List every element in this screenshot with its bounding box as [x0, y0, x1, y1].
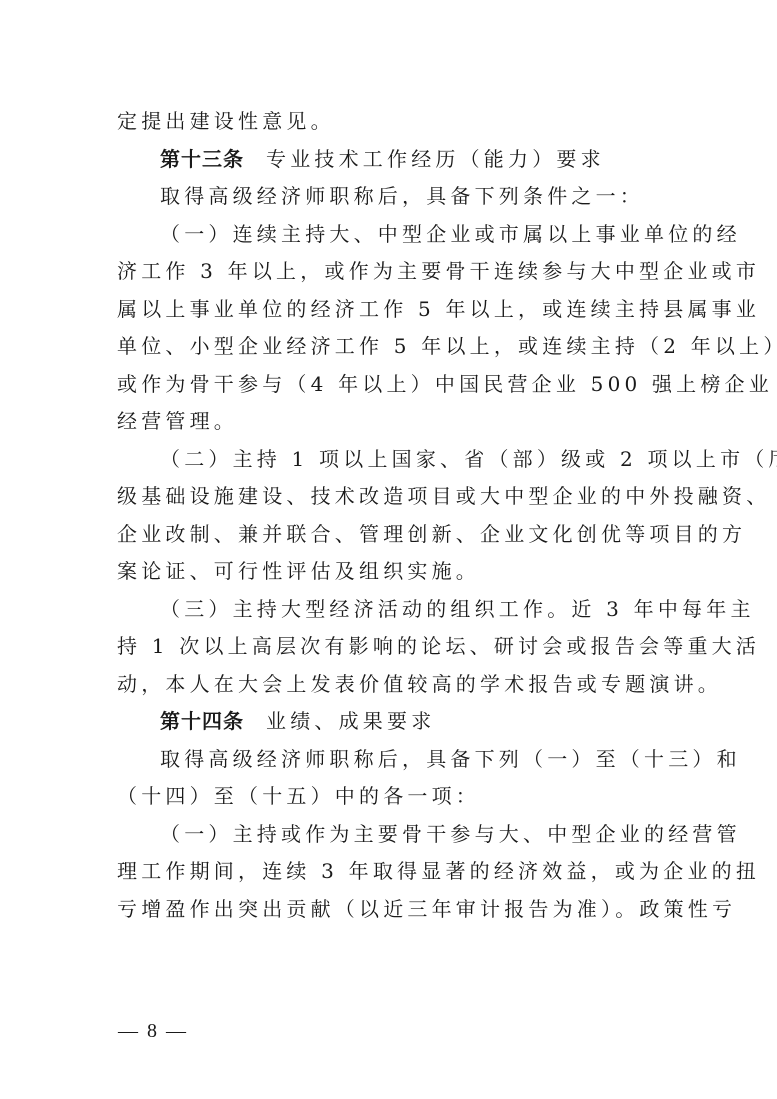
text-line: 企业改制、兼并联合、管理创新、企业文化创优等项目的方: [117, 516, 662, 554]
text-line: 亏增盈作出突出贡献（以近三年审计报告为准）。政策性亏: [117, 891, 662, 929]
text-line: 持 1 次以上高层次有影响的论坛、研讨会或报告会等重大活: [117, 628, 662, 666]
text-line: 取得高级经济师职称后，具备下列条件之一：: [117, 178, 662, 216]
text-line: 或作为骨干参与（4 年以上）中国民营企业 500 强上榜企业: [117, 366, 662, 404]
article-13-heading: 第十三条专业技术工作经历（能力）要求: [117, 141, 662, 179]
article-title: 专业技术工作经历（能力）要求: [266, 147, 605, 171]
text-line: 动，本人在大会上发表价值较高的学术报告或专题演讲。: [117, 666, 662, 704]
text-line: 单位、小型企业经济工作 5 年以上，或连续主持（2 年以上）: [117, 328, 662, 366]
text-line: （一）主持或作为主要骨干参与大、中型企业的经营管: [117, 816, 662, 854]
page-number: — 8 —: [118, 1020, 188, 1043]
text-line: 级基础设施建设、技术改造项目或大中型企业的中外投融资、: [117, 478, 662, 516]
text-line: （三）主持大型经济活动的组织工作。近 3 年中每年主: [117, 591, 662, 629]
text-line: （十四）至（十五）中的各一项：: [117, 778, 662, 816]
text-line: 理工作期间，连续 3 年取得显著的经济效益，或为企业的扭: [117, 853, 662, 891]
text-line: 经营管理。: [117, 403, 662, 441]
article-title: 业绩、成果要求: [266, 709, 435, 733]
document-page: 定提出建设性意见。 第十三条专业技术工作经历（能力）要求 取得高级经济师职称后，…: [117, 103, 662, 928]
article-number: 第十四条: [160, 709, 244, 733]
text-line: 案论证、可行性评估及组织实施。: [117, 553, 662, 591]
text-line: （二）主持 1 项以上国家、省（部）级或 2 项以上市（厅）: [117, 441, 662, 479]
text-line: 济工作 3 年以上，或作为主要骨干连续参与大中型企业或市: [117, 253, 662, 291]
text-line: （一）连续主持大、中型企业或市属以上事业单位的经: [117, 216, 662, 254]
article-14-heading: 第十四条业绩、成果要求: [117, 703, 662, 741]
article-number: 第十三条: [160, 147, 244, 171]
text-line: 属以上事业单位的经济工作 5 年以上，或连续主持县属事业: [117, 291, 662, 329]
text-line: 取得高级经济师职称后，具备下列（一）至（十三）和: [117, 741, 662, 779]
text-line: 定提出建设性意见。: [117, 103, 662, 141]
